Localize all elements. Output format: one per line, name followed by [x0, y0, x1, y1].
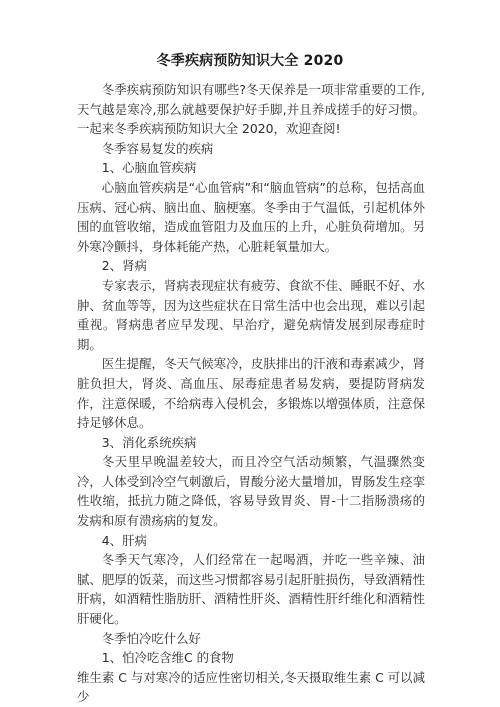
- item-heading-kidney: 2、肾病: [77, 256, 425, 276]
- paragraph-kidney-2: 医生提醒，冬天气候寒冷，皮肤排出的汗液和毒素减少，肾脏负担大，肾炎、高血压、尿毒…: [77, 354, 425, 432]
- paragraph-vitamin-c: 维生素 C 与对寒冷的适应性密切相关,冬天摄取维生素 C 可以减少: [77, 668, 425, 707]
- document-body: 冬季疾病预防知识有哪些?冬天保养是一项非常重要的工作,天气越是寒冷,那么就越要保…: [77, 80, 425, 707]
- item-heading-liver: 4、肝病: [77, 531, 425, 551]
- paragraph-digestive: 冬天里早晚温差较大，而且冷空气活动频繁，气温骤然变冷，人体受到冷空气刺激后，胃酸…: [77, 452, 425, 530]
- item-heading-cardiovascular: 1、心脑血管疾病: [77, 158, 425, 178]
- paragraph-cardiovascular: 心脑血管疾病是“心血管病”和“脑血管病”的总称，包括高血压病、冠心病、脑出血、脑…: [77, 178, 425, 256]
- item-heading-digestive: 3、消化系统疾病: [77, 433, 425, 453]
- section-heading-cold-foods: 冬季怕冷吃什么好: [77, 629, 425, 649]
- paragraph-liver: 冬季天气寒冷，人们经常在一起喝酒，并吃一些辛辣、油腻、肥厚的饭菜，而这些习惯都容…: [77, 550, 425, 628]
- paragraph-kidney-1: 专家表示，肾病表现症状有疲劳、食欲不佳、睡眠不好、水肿、贫血等等，因为这些症状在…: [77, 276, 425, 354]
- intro-paragraph: 冬季疾病预防知识有哪些?冬天保养是一项非常重要的工作,天气越是寒冷,那么就越要保…: [77, 80, 425, 139]
- document-title: 冬季疾病预防知识大全 2020: [0, 51, 500, 71]
- section-heading-recurring-diseases: 冬季容易复发的疾病: [77, 139, 425, 159]
- document-page: 冬季疾病预防知识大全 2020 冬季疾病预防知识有哪些?冬天保养是一项非常重要的…: [0, 0, 500, 707]
- item-heading-vitamin-c: 1、怕冷吃含维C 的食物: [77, 648, 425, 668]
